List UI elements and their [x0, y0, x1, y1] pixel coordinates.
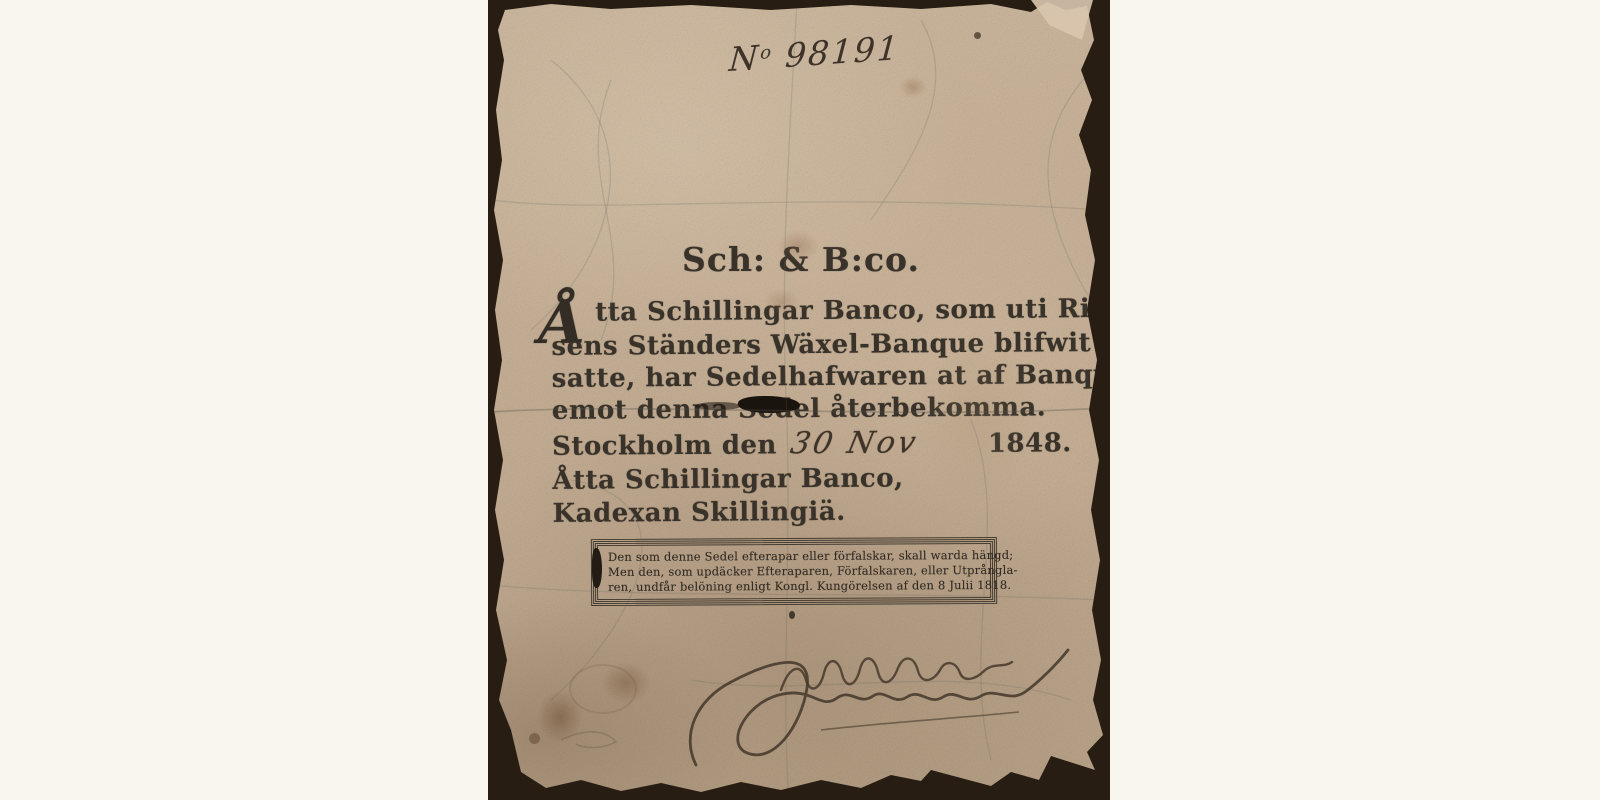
serial-number: No 98191 — [728, 28, 902, 79]
paper-stain — [529, 733, 540, 744]
pencil-scribble — [561, 732, 616, 748]
body-line-2: sens Ständers Wäxel-Banque blifwit in- — [551, 328, 1142, 362]
serial-letter: N — [728, 38, 762, 79]
printed-year: 1848. — [988, 428, 1072, 459]
serial-superscript: o — [760, 42, 774, 64]
paper-stain — [537, 690, 583, 744]
signature-upper — [781, 658, 1012, 690]
place-date-line: Stockholm den 30 Nov 1848. — [552, 424, 1072, 463]
warning-box-frame-2: Den som denne Sedel efterapar eller förf… — [593, 539, 995, 604]
warning-box-frame-3: Den som denne Sedel efterapar eller förf… — [595, 541, 993, 602]
header-abbreviation: Sch: & B:co. — [651, 240, 951, 279]
place-date-prefix: Stockholm den — [552, 430, 777, 462]
ink-speck — [974, 32, 981, 39]
body-line-4: emot denna Sedel återbekomma. — [552, 392, 1047, 425]
paper-stain — [601, 662, 651, 704]
signature-underline — [821, 712, 1019, 730]
denomination-finnish: Kadexan Skillingiä. — [552, 497, 845, 529]
paper-stain — [899, 76, 927, 98]
paper-stain — [569, 664, 637, 714]
banknote-paper: No 98191 Sch: & B:co. Å tta Schillingar … — [491, 0, 1103, 800]
main-text-block: Å tta Schillingar Banco, som uti Rik- se… — [549, 0, 1089, 2]
handwritten-date: 30 Nov — [787, 425, 921, 461]
body-line-1: tta Schillingar Banco, som uti Rik- — [595, 294, 1119, 328]
banknote-photo: No 98191 Sch: & B:co. Å tta Schillingar … — [488, 0, 1110, 800]
serial-digits: 98191 — [784, 28, 901, 75]
warning-line-3: ren, undfår belöning enligt Kongl. Kungö… — [608, 578, 980, 595]
warning-box: Den som denne Sedel efterapar eller förf… — [591, 537, 997, 606]
signature-lower — [690, 650, 1068, 765]
body-line-3: satte, har Sedelhafwaren at af Banquen — [552, 360, 1149, 394]
warning-box-frame-4: Den som denne Sedel efterapar eller förf… — [597, 543, 991, 600]
ink-speck — [789, 611, 795, 619]
denomination-swedish: Åtta Schillingar Banco, — [552, 463, 903, 495]
